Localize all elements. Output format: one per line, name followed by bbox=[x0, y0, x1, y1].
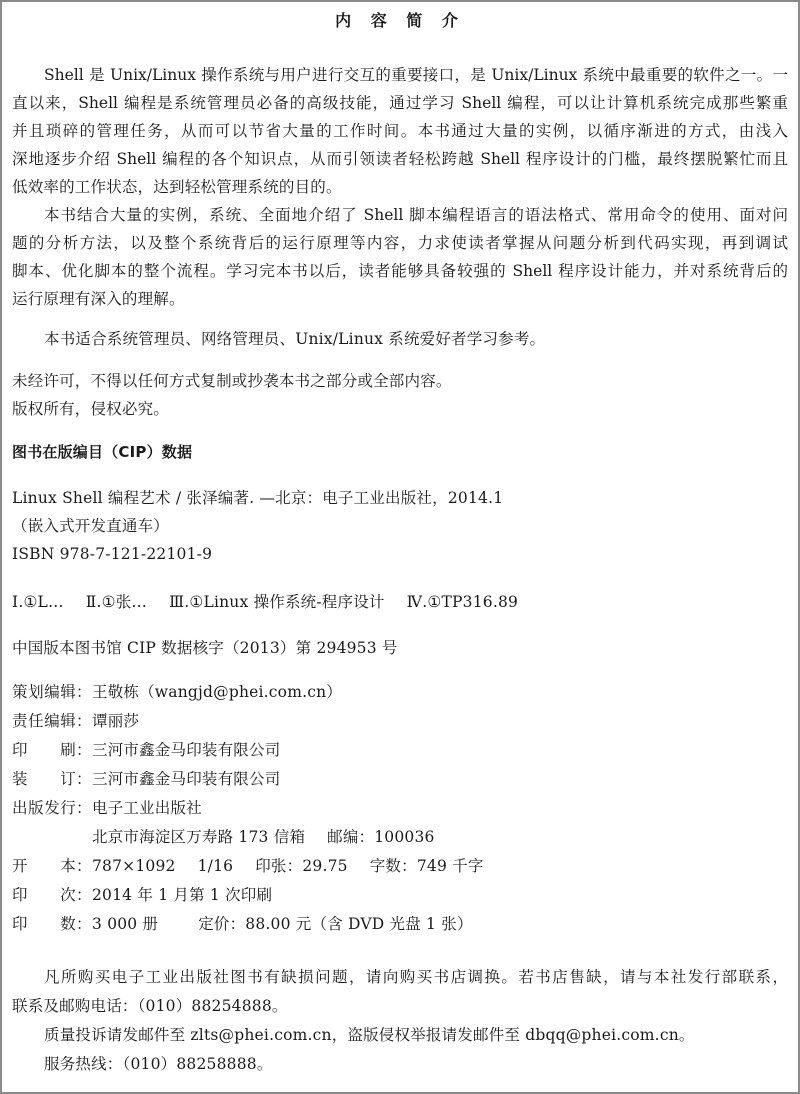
summary-p2-line3: 脚本、优化脚本的整个流程。学习完本书以后，读者能够具备较强的 Shell 程序设… bbox=[12, 261, 788, 281]
cip-class-4: Ⅳ.①TP316.89 bbox=[407, 593, 519, 611]
format-words: 字数：749 千字 bbox=[370, 857, 484, 875]
postcode: 邮编：100036 bbox=[327, 828, 434, 846]
imprint-format: 开本：787×10921/16印张：29.75字数：749 千字 bbox=[12, 856, 484, 876]
imprint-printing: 印刷：三河市鑫金马印装有限公司 bbox=[12, 740, 280, 760]
imprint-value: 王敬栋（wangjd@phei.com.cn） bbox=[92, 682, 342, 702]
notice-line1: 凡所购买电子工业出版社图书有缺损问题，请向购买书店调换。若书店售缺，请与本社发行… bbox=[44, 967, 788, 987]
imprint-label: 装订 bbox=[12, 769, 76, 789]
price: 定价：88.00 元（含 DVD 光盘 1 张） bbox=[198, 915, 472, 933]
imprint-value: 谭丽莎 bbox=[92, 711, 139, 731]
imprint-print-run: 印数：3 000 册定价：88.00 元（含 DVD 光盘 1 张） bbox=[12, 914, 473, 934]
summary-p2-line1: 本书结合大量的实例，系统、全面地介绍了 Shell 脚本编程语言的语法格式、常用… bbox=[44, 205, 788, 225]
notice-line2: 联系及邮购电话：（010）88254888。 bbox=[12, 996, 288, 1016]
cip-heading: 图书在版编目（CIP）数据 bbox=[12, 442, 192, 462]
imprint-label: 责任编辑 bbox=[12, 711, 76, 731]
imprint-planning-editor: 策划编辑：王敬栋（wangjd@phei.com.cn） bbox=[12, 682, 342, 702]
summary-p3-line1: 本书适合系统管理员、网络管理员、Unix/Linux 系统爱好者学习参考。 bbox=[44, 329, 545, 349]
imprint-label: 出版发行 bbox=[12, 798, 76, 818]
copyright-notice: 未经许可，不得以任何方式复制或抄袭本书之部分或全部内容。 bbox=[12, 371, 452, 391]
notice-line4: 服务热线：（010）88258888。 bbox=[44, 1054, 273, 1074]
cip-class-3: Ⅲ.①Linux 操作系统-程序设计 bbox=[169, 593, 385, 611]
imprint-binding: 装订：三河市鑫金马印装有限公司 bbox=[12, 769, 280, 789]
format-size: 787×1092 bbox=[92, 857, 176, 875]
summary-p1-line3: 并且琐碎的管理任务，从而可以节省大量的工作时间。本书通过大量的实例，以循序渐进的… bbox=[12, 121, 788, 141]
imprint-label: 印刷 bbox=[12, 740, 76, 760]
notice-line3: 质量投诉请发邮件至 zlts@phei.com.cn，盗版侵权举报请发邮件至 d… bbox=[44, 1025, 695, 1045]
rights-reserved: 版权所有，侵权必究。 bbox=[12, 399, 169, 419]
cip-class-1: Ⅰ.①L… bbox=[12, 593, 64, 611]
summary-p2-line4: 运行原理有深入的理解。 bbox=[12, 289, 185, 309]
imprint-value: 电子工业出版社 bbox=[92, 798, 202, 818]
imprint-label: 印数 bbox=[12, 914, 76, 934]
cip-class-2: Ⅱ.①张… bbox=[86, 593, 147, 611]
cip-number: 中国版本图书馆 CIP 数据核字（2013）第 294953 号 bbox=[12, 638, 398, 658]
summary-p1-line1: Shell 是 Unix/Linux 操作系统与用户进行交互的重要接口，是 Un… bbox=[44, 65, 788, 85]
summary-p1-line5: 低效率的工作状态，达到轻松管理系统的目的。 bbox=[12, 177, 342, 197]
address: 北京市海淀区万寿路 173 信箱 bbox=[92, 828, 305, 846]
imprint-value: 三河市鑫金马印装有限公司 bbox=[92, 740, 280, 760]
cip-isbn: ISBN 978-7-121-22101-9 bbox=[12, 544, 212, 564]
imprint-label: 印次 bbox=[12, 885, 76, 905]
imprint-label: 开本 bbox=[12, 856, 76, 876]
summary-p1-line4: 深地逐步介绍 Shell 编程的各个知识点，从而引领读者轻松跨越 Shell 程… bbox=[12, 149, 788, 169]
imprint-edition: 印次：2014 年 1 月第 1 次印刷 bbox=[12, 885, 272, 905]
cip-classification: Ⅰ.①L…Ⅱ.①张…Ⅲ.①Linux 操作系统-程序设计Ⅳ.①TP316.89 bbox=[12, 592, 518, 612]
format-sheets: 印张：29.75 bbox=[255, 857, 347, 875]
print-run-value: 3 000 册 bbox=[92, 915, 158, 933]
format-fraction: 1/16 bbox=[198, 857, 234, 875]
imprint-value: 2014 年 1 月第 1 次印刷 bbox=[92, 885, 272, 905]
cip-record: Linux Shell 编程艺术 / 张泽编著. —北京：电子工业出版社，201… bbox=[12, 488, 503, 508]
imprint-responsible-editor: 责任编辑：谭丽莎 bbox=[12, 711, 139, 731]
page-title: 内 容 简 介 bbox=[0, 8, 800, 31]
imprint-label: 策划编辑 bbox=[12, 682, 76, 702]
imprint-publisher: 出版发行：电子工业出版社 bbox=[12, 798, 202, 818]
imprint-address: 北京市海淀区万寿路 173 信箱邮编：100036 bbox=[92, 827, 435, 847]
summary-p1-line2: 直以来，Shell 编程是系统管理员必备的高级技能，通过学习 Shell 编程，… bbox=[12, 93, 788, 113]
cip-series: （嵌入式开发直通车） bbox=[12, 516, 169, 536]
summary-p2-line2: 题的分析方法，以及整个系统背后的运行原理等内容，力求使读者掌握从问题分析到代码实… bbox=[12, 233, 788, 253]
imprint-value: 三河市鑫金马印装有限公司 bbox=[92, 769, 280, 789]
